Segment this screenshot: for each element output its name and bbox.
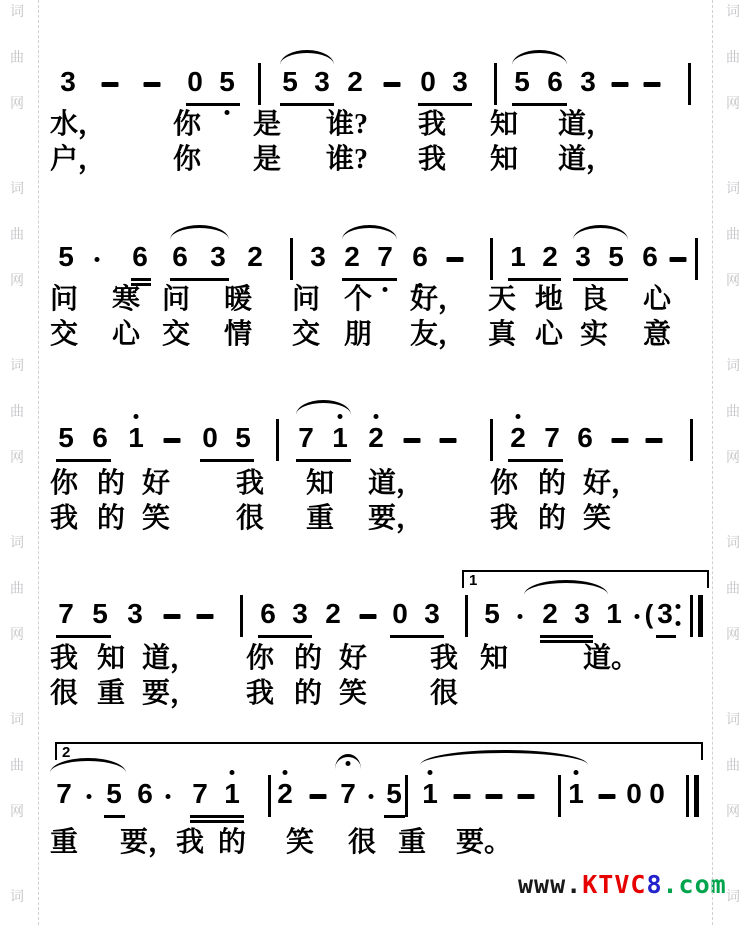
note-digit: 5 [106, 780, 122, 808]
beam-underline [131, 278, 151, 281]
barline [268, 775, 271, 817]
note-digit: 3 [574, 600, 590, 628]
note-dot [676, 621, 681, 626]
barline [686, 775, 689, 817]
note-digit: 0 [420, 68, 436, 96]
beam-underline [280, 103, 334, 106]
note-digit: 5 [484, 600, 500, 628]
lyric-syllable: 你 [173, 111, 201, 139]
edge-watermark-char: 曲 [726, 760, 740, 774]
edge-watermark-char: 词 [726, 183, 740, 197]
lyric-syllable: 心 [112, 321, 140, 349]
lyric-syllable: 问 [50, 286, 78, 314]
edge-watermark-char: 网 [10, 452, 24, 466]
lyric-syllable: 你 [246, 645, 274, 673]
note-digit: 5 [282, 68, 298, 96]
barline [698, 595, 703, 637]
duration-dash [447, 257, 464, 262]
lyric-syllable: 良 [580, 286, 608, 314]
note-digit: 1 [224, 780, 240, 808]
duration-dash [612, 438, 629, 443]
edge-watermark-char: 词 [726, 891, 740, 905]
lyric-syllable: 天 [488, 286, 516, 314]
edge-watermark-char: 曲 [10, 583, 24, 597]
note-digit: 2 [510, 424, 526, 452]
slur-arc [280, 50, 334, 65]
lyric-syllable: 好 [339, 645, 367, 673]
edge-watermark-char: 词 [726, 6, 740, 20]
lyric-syllable: 我 [50, 645, 78, 673]
sheet-page: www.KTVC8.com 词曲网词曲网词曲网词曲网词曲网词词曲网词曲网词曲网词… [0, 0, 750, 925]
note-digit: 5 [58, 424, 74, 452]
note-digit: 5 [219, 68, 235, 96]
note-digit: 1 [510, 243, 526, 271]
lyric-syllable: 户， [50, 146, 106, 174]
site-watermark: www.KTVC8.com [518, 872, 727, 897]
lyric-syllable: 重 [50, 829, 78, 857]
note-digit: 1 [332, 424, 348, 452]
lyric-syllable: 道， [142, 645, 198, 673]
edge-watermark-char: 词 [10, 183, 24, 197]
note-digit: 1 [422, 780, 438, 808]
edge-watermark-char: 网 [726, 98, 740, 112]
edge-watermark-char: 词 [726, 537, 740, 551]
beam-underline [200, 459, 254, 462]
edge-watermark-char: 词 [10, 537, 24, 551]
slur-arc [170, 225, 229, 240]
lyric-syllable: 我 [490, 505, 518, 533]
lyric-syllable: 你 [50, 470, 78, 498]
beam-underline [190, 820, 244, 823]
volta-label: 1 [469, 573, 477, 588]
lyric-syllable: 要，我 [120, 829, 204, 857]
barline [240, 595, 243, 637]
lyric-syllable: 要， [142, 680, 198, 708]
beam-underline [573, 278, 628, 281]
lyric-syllable: 地 [535, 286, 563, 314]
edge-watermark-char: 曲 [10, 406, 24, 420]
note-digit: 2 [325, 600, 341, 628]
duration-dash [384, 82, 401, 87]
barline [276, 419, 279, 461]
edge-watermark-char: 网 [10, 806, 24, 820]
note-digit: 5 [514, 68, 530, 96]
note-digit: 1 [568, 780, 584, 808]
note-digit: 3 [424, 600, 440, 628]
paren-mark: ( [645, 601, 654, 627]
note-digit: 5 [386, 780, 402, 808]
lyric-syllable: 的 [218, 829, 246, 857]
note-digit: 3 [310, 243, 326, 271]
lyric-syllable: 问 [292, 286, 320, 314]
lyric-syllable: 寒 [112, 286, 140, 314]
lyric-syllable: 知 [490, 146, 518, 174]
site-watermark-part: 8 [646, 870, 662, 899]
fermata-icon [346, 761, 351, 766]
note-dot [374, 414, 379, 419]
duration-dash [599, 794, 616, 799]
duration-dash [197, 614, 214, 619]
edge-watermark-char: 曲 [726, 229, 740, 243]
note-digit: 6 [260, 600, 276, 628]
barline [688, 63, 691, 105]
note-digit: 3 [657, 600, 673, 628]
right-watermark-line [712, 0, 713, 925]
lyric-syllable: 真 [488, 321, 516, 349]
barline [694, 775, 699, 817]
beam-underline [296, 459, 351, 462]
beam-underline [656, 635, 676, 638]
duration-dash [144, 82, 161, 87]
lyric-syllable: 交 [162, 321, 190, 349]
duration-dash [404, 438, 421, 443]
edge-watermark-char: 网 [10, 629, 24, 643]
lyric-syllable: 水， [50, 111, 106, 139]
note-digit: 0 [202, 424, 218, 452]
beam-underline [508, 459, 563, 462]
lyric-syllable: 暖 [224, 286, 252, 314]
lyric-syllable: 我 [418, 146, 446, 174]
note-dot [383, 287, 388, 292]
lyric-syllable: 我 [418, 111, 446, 139]
note-dot [574, 770, 579, 775]
beam-underline [170, 278, 229, 281]
lyric-syllable: 知 [490, 111, 518, 139]
note-dot [166, 794, 171, 799]
note-digit: 6 [577, 424, 593, 452]
site-watermark-part: www. [518, 870, 582, 899]
note-digit: 2 [542, 600, 558, 628]
lyric-syllable: 是 [253, 146, 281, 174]
slur-arc [573, 225, 628, 240]
note-dot [95, 257, 100, 262]
note-digit: 0 [187, 68, 203, 96]
lyric-syllable: 我 [430, 645, 458, 673]
lyric-syllable: 问 [162, 286, 190, 314]
lyric-syllable: 友， [410, 321, 466, 349]
note-digit: 2 [344, 243, 360, 271]
note-dot [516, 414, 521, 419]
beam-underline [540, 635, 593, 638]
duration-dash [164, 438, 181, 443]
lyric-syllable: 心 [535, 321, 563, 349]
lyric-syllable: 谁? [326, 111, 368, 139]
duration-dash [612, 82, 629, 87]
note-digit: 3 [127, 600, 143, 628]
lyric-syllable: 笑 [286, 829, 314, 857]
note-digit: 3 [210, 243, 226, 271]
beam-underline [186, 103, 240, 106]
edge-watermark-char: 网 [10, 98, 24, 112]
barline [290, 238, 293, 280]
lyric-syllable: 很 [236, 505, 264, 533]
beam-underline [56, 459, 111, 462]
beam-underline [512, 103, 567, 106]
lyric-syllable: 笑 [339, 680, 367, 708]
edge-watermark-char: 网 [726, 452, 740, 466]
slur-arc [342, 225, 397, 240]
edge-watermark-char: 网 [726, 275, 740, 289]
note-digit: 0 [626, 780, 642, 808]
note-digit: 3 [580, 68, 596, 96]
volta-bracket [462, 570, 709, 588]
lyric-syllable: 你 [490, 470, 518, 498]
lyric-syllable: 个 [344, 286, 372, 314]
lyric-syllable: 的 [294, 645, 322, 673]
beam-underline [390, 635, 444, 638]
lyric-syllable: 的 [294, 680, 322, 708]
lyric-syllable: 的 [97, 470, 125, 498]
barline [490, 238, 493, 280]
lyric-syllable: 重 [97, 680, 125, 708]
edge-watermark-char: 曲 [10, 760, 24, 774]
volta-label: 2 [62, 745, 70, 760]
note-dot [428, 770, 433, 775]
note-digit: 3 [575, 243, 591, 271]
lyric-syllable: 要。 [456, 829, 512, 857]
edge-watermark-char: 词 [10, 891, 24, 905]
lyric-syllable: 好， [583, 470, 639, 498]
note-dot [230, 770, 235, 775]
beam-underline [258, 635, 312, 638]
lyric-syllable: 实 [580, 321, 608, 349]
note-digit: 2 [347, 68, 363, 96]
lyric-syllable: 你 [173, 146, 201, 174]
barline [695, 238, 698, 280]
note-digit: 6 [92, 424, 108, 452]
note-digit: 3 [314, 68, 330, 96]
note-dot [676, 604, 681, 609]
lyric-syllable: 心 [643, 286, 671, 314]
note-digit: 2 [542, 243, 558, 271]
duration-dash [102, 82, 119, 87]
slur-arc [512, 50, 567, 65]
edge-watermark-char: 词 [10, 714, 24, 728]
lyric-syllable: 交 [292, 321, 320, 349]
site-watermark-part: .com [663, 870, 727, 899]
lyric-syllable: 交 [50, 321, 78, 349]
edge-watermark-char: 曲 [10, 229, 24, 243]
note-dot [225, 110, 230, 115]
note-digit: 7 [58, 600, 74, 628]
lyric-syllable: 的 [538, 470, 566, 498]
barline [258, 63, 261, 105]
note-dot [283, 770, 288, 775]
site-watermark-part: KTVC [582, 870, 646, 899]
note-dot [518, 614, 523, 619]
note-digit: 0 [392, 600, 408, 628]
barline [405, 775, 408, 817]
duration-dash [670, 257, 687, 262]
lyric-syllable: 谁? [326, 146, 368, 174]
note-digit: 1 [606, 600, 622, 628]
lyric-syllable: 我 [50, 505, 78, 533]
duration-dash [644, 82, 661, 87]
beam-underline [384, 815, 405, 818]
note-digit: 6 [547, 68, 563, 96]
lyric-syllable: 要， [368, 505, 424, 533]
beam-underline [508, 278, 561, 281]
note-digit: 1 [128, 424, 144, 452]
lyric-syllable: 道， [558, 146, 614, 174]
note-digit: 3 [452, 68, 468, 96]
note-dot [134, 414, 139, 419]
lyric-syllable: 道， [368, 470, 424, 498]
beam-underline [104, 815, 125, 818]
lyric-syllable: 笑 [583, 505, 611, 533]
lyric-syllable: 笑 [142, 505, 170, 533]
duration-dash [164, 614, 181, 619]
lyric-syllable: 很 [50, 680, 78, 708]
note-digit: 7 [340, 780, 356, 808]
note-digit: 5 [92, 600, 108, 628]
lyric-syllable: 我 [246, 680, 274, 708]
duration-dash [646, 438, 663, 443]
duration-dash [486, 794, 503, 799]
edge-watermark-char: 词 [726, 360, 740, 374]
lyric-syllable: 很 [348, 829, 376, 857]
lyric-syllable: 很 [430, 680, 458, 708]
duration-dash [454, 794, 471, 799]
note-digit: 3 [60, 68, 76, 96]
duration-dash [310, 794, 327, 799]
duration-dash [440, 438, 457, 443]
barline [465, 595, 468, 637]
lyric-syllable: 知 [306, 470, 334, 498]
barline [690, 419, 693, 461]
left-watermark-line [38, 0, 39, 925]
note-digit: 2 [247, 243, 263, 271]
note-digit: 3 [292, 600, 308, 628]
barline [490, 419, 493, 461]
lyric-syllable: 朋 [344, 321, 372, 349]
edge-watermark-char: 网 [726, 629, 740, 643]
note-digit: 2 [277, 780, 293, 808]
lyric-syllable: 重 [306, 505, 334, 533]
lyric-syllable: 道。 [583, 645, 639, 673]
volta-bracket [55, 742, 703, 760]
note-digit: 6 [642, 243, 658, 271]
edge-watermark-char: 词 [10, 360, 24, 374]
edge-watermark-char: 网 [10, 275, 24, 289]
note-digit: 5 [235, 424, 251, 452]
edge-watermark-char: 网 [726, 806, 740, 820]
lyric-syllable: 好， [410, 286, 466, 314]
edge-watermark-char: 曲 [10, 52, 24, 66]
note-dot [635, 614, 640, 619]
note-digit: 6 [132, 243, 148, 271]
lyric-syllable: 是 [253, 111, 281, 139]
lyric-syllable: 意 [643, 321, 671, 349]
note-digit: 7 [56, 780, 72, 808]
edge-watermark-char: 词 [10, 6, 24, 20]
duration-dash [360, 614, 377, 619]
note-dot [87, 794, 92, 799]
note-digit: 0 [649, 780, 665, 808]
lyric-syllable: 知 [480, 645, 508, 673]
lyric-syllable: 道， [558, 111, 614, 139]
note-digit: 6 [412, 243, 428, 271]
lyric-syllable: 的 [538, 505, 566, 533]
note-digit: 6 [137, 780, 153, 808]
lyric-syllable: 重 [398, 829, 426, 857]
edge-watermark-char: 曲 [726, 406, 740, 420]
barline [494, 63, 497, 105]
note-digit: 7 [377, 243, 393, 271]
edge-watermark-char: 曲 [726, 583, 740, 597]
note-digit: 2 [368, 424, 384, 452]
beam-underline [342, 278, 397, 281]
note-digit: 7 [544, 424, 560, 452]
lyric-syllable: 我 [236, 470, 264, 498]
note-digit: 5 [608, 243, 624, 271]
note-dot [369, 794, 374, 799]
barline [690, 595, 693, 637]
beam-underline [190, 815, 244, 818]
lyric-syllable: 知 [97, 645, 125, 673]
lyric-syllable: 的 [97, 505, 125, 533]
lyric-syllable: 好 [142, 470, 170, 498]
note-digit: 7 [192, 780, 208, 808]
note-digit: 6 [172, 243, 188, 271]
note-digit: 7 [298, 424, 314, 452]
beam-underline [56, 635, 111, 638]
slur-arc [296, 400, 351, 415]
note-digit: 5 [58, 243, 74, 271]
edge-watermark-char: 曲 [726, 52, 740, 66]
barline [558, 775, 561, 817]
lyric-syllable: 情 [224, 321, 252, 349]
beam-underline [418, 103, 472, 106]
duration-dash [518, 794, 535, 799]
edge-watermark-char: 词 [726, 714, 740, 728]
